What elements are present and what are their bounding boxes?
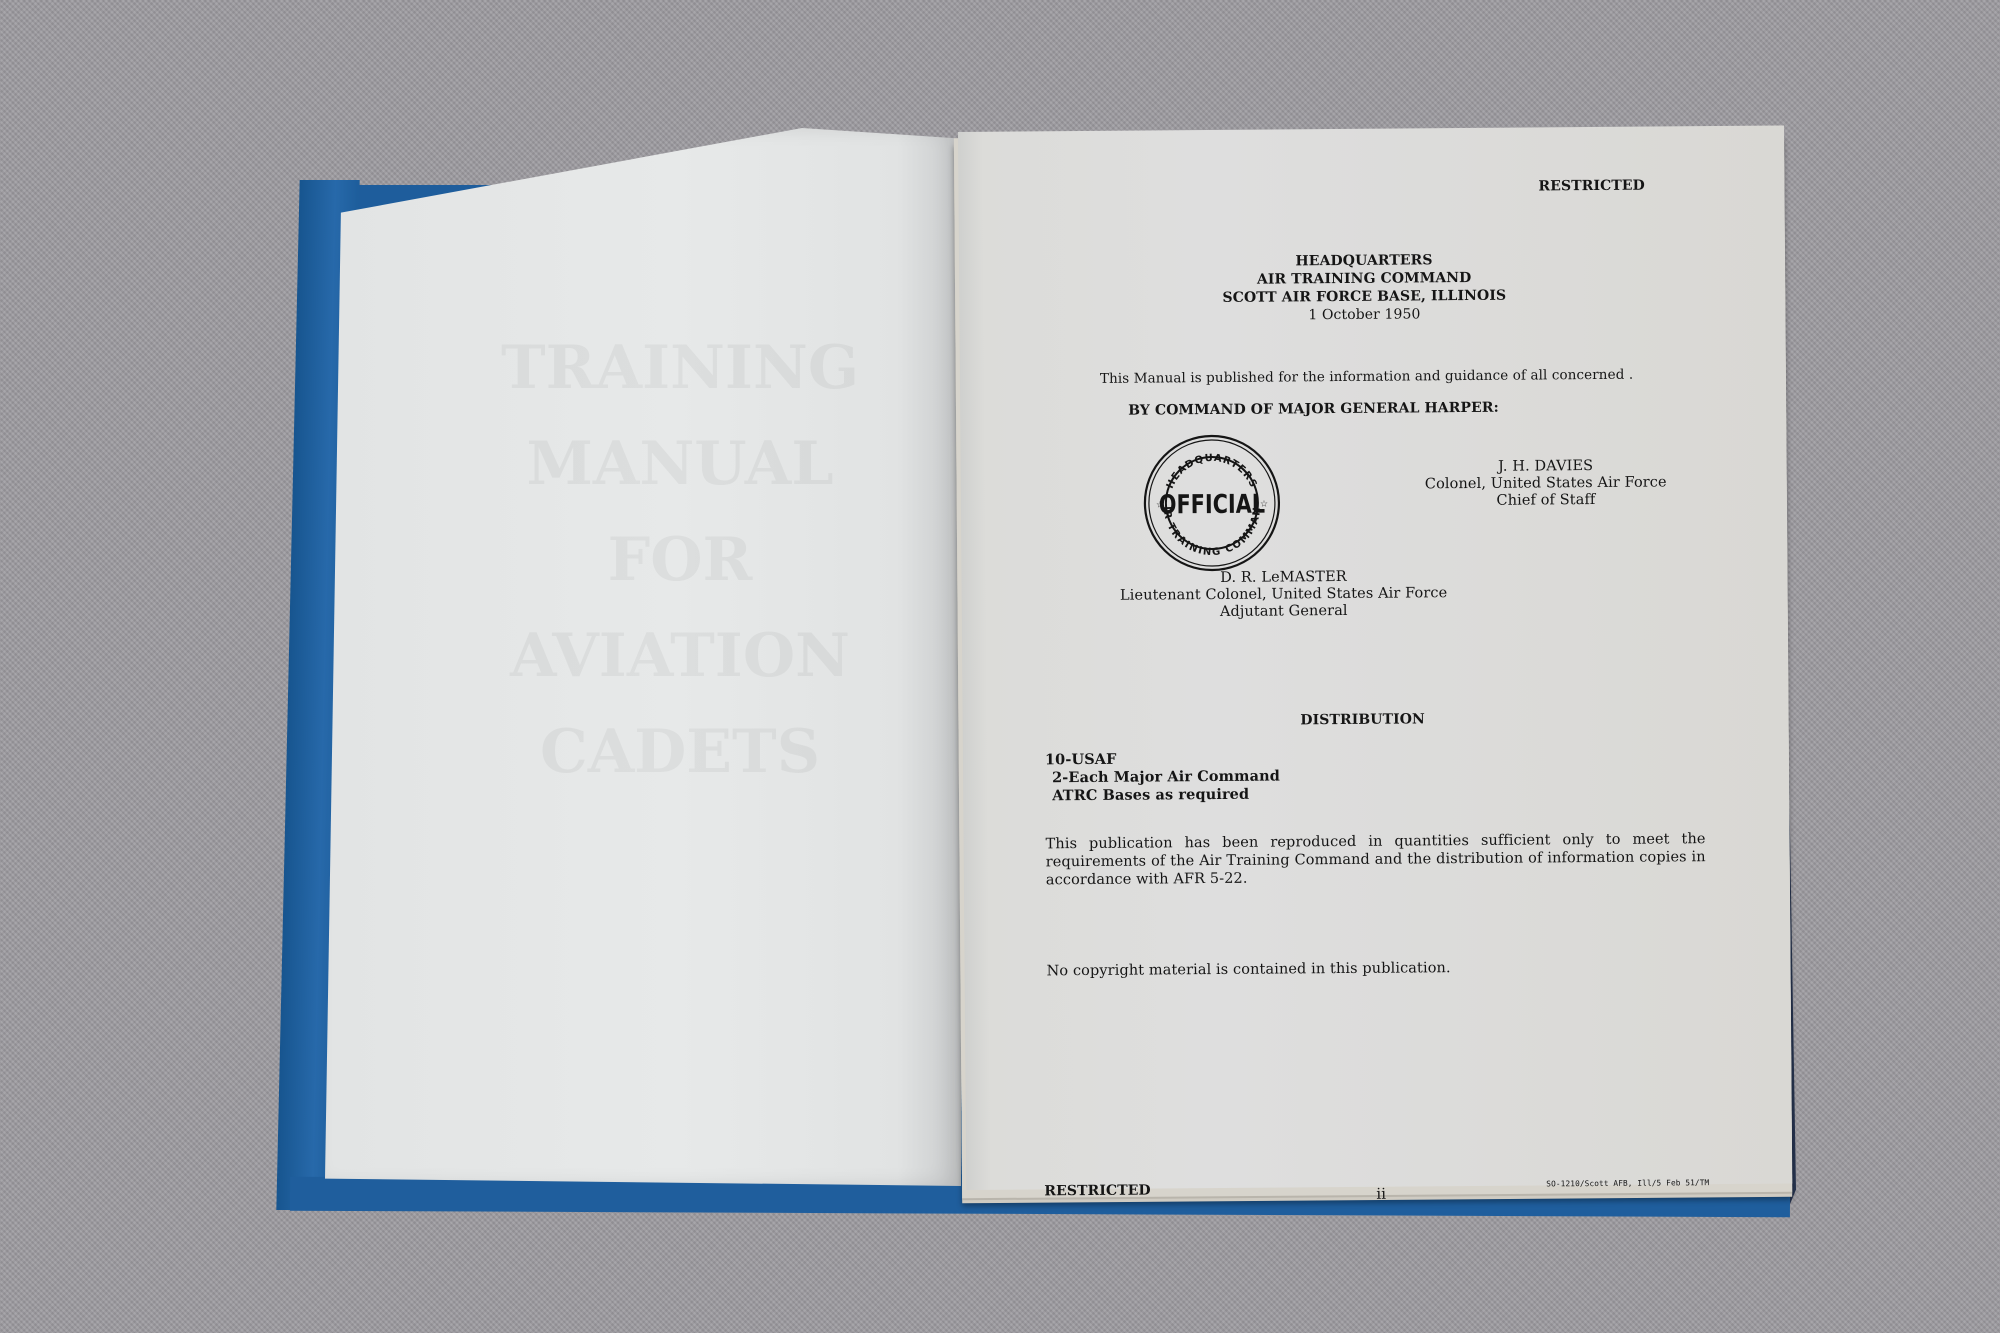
- distribution-item: ATRC Bases as required: [1045, 785, 1280, 805]
- signer-rank: Colonel, United States Air Force: [1425, 474, 1667, 493]
- seal-star-right: ☆: [1260, 500, 1268, 510]
- distribution-heading: DISTRIBUTION: [1300, 711, 1425, 728]
- published-statement: This Manual is published for the informa…: [1100, 367, 1633, 387]
- print-code: SO-1210/Scott AFB, Ill/5 Feb 51/TM: [1546, 1178, 1709, 1188]
- by-command-line: BY COMMAND OF MAJOR GENERAL HARPER:: [1128, 400, 1499, 419]
- header-block: HEADQUARTERS AIR TRAINING COMMAND SCOTT …: [1222, 251, 1506, 325]
- signer-rank: Lieutenant Colonel, United States Air Fo…: [1120, 585, 1447, 605]
- svg-text:HEADQUARTERS: HEADQUARTERS: [1164, 452, 1258, 490]
- official-seal-icon: HEADQUARTERS AIR TRAINING COMMAND OFFICI…: [1141, 432, 1282, 573]
- seal-top-text: HEADQUARTERS: [1164, 452, 1258, 490]
- distribution-item: 10-USAF: [1045, 749, 1280, 769]
- signer-title: Chief of Staff: [1425, 491, 1667, 510]
- page-number: ii: [1376, 1185, 1386, 1203]
- right-page: RESTRICTED HEADQUARTERS AIR TRAINING COM…: [958, 126, 1792, 1190]
- signer-adjutant-general: D. R. LeMASTER Lieutenant Colonel, Unite…: [1120, 568, 1448, 622]
- distribution-item: 2-Each Major Air Command: [1045, 767, 1280, 787]
- distribution-list: 10-USAF 2-Each Major Air Command ATRC Ba…: [1045, 749, 1280, 805]
- header-line-headquarters: HEADQUARTERS: [1222, 251, 1506, 271]
- classification-bottom: RESTRICTED: [1044, 1183, 1151, 1200]
- copyright-notice: No copyright material is contained in th…: [1047, 960, 1451, 979]
- classification-top: RESTRICTED: [1538, 178, 1645, 195]
- seal-star-left: ☆: [1156, 500, 1164, 510]
- seal-center-text: OFFICIAL: [1159, 488, 1265, 520]
- signer-title: Adjutant General: [1120, 602, 1447, 622]
- header-line-command: AIR TRAINING COMMAND: [1222, 269, 1506, 289]
- left-page-blank: [325, 128, 961, 1186]
- signer-chief-of-staff: J. H. DAVIES Colonel, United States Air …: [1425, 457, 1667, 510]
- reproduction-notice: This publication has been reproduced in …: [1046, 830, 1706, 889]
- signer-name: J. H. DAVIES: [1425, 457, 1667, 476]
- header-date: 1 October 1950: [1223, 305, 1507, 325]
- header-line-base: SCOTT AIR FORCE BASE, ILLINOIS: [1222, 287, 1506, 307]
